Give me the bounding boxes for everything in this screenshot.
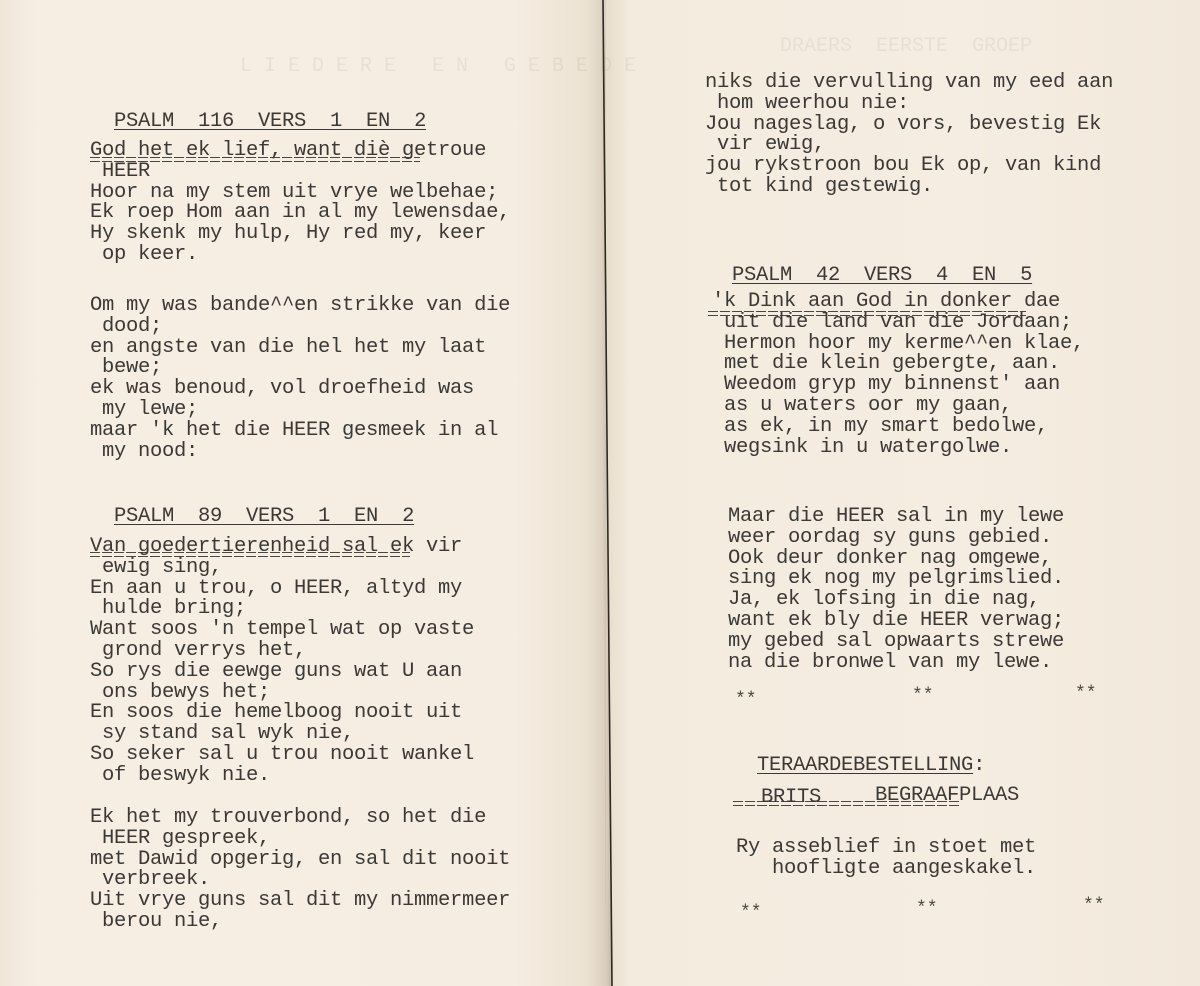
psalm-116-stanza-1: God het ek lief, want diè getroueHEERHoo… [90, 141, 510, 266]
text-line: God het ek lief, want diè getroue [90, 141, 510, 162]
text-line: Uit vrye guns sal dit my nimmermeer [90, 891, 510, 912]
text-line: want ek bly die HEER verwag; [728, 611, 1064, 632]
text-line: En soos die hemelboog nooit uit [90, 703, 474, 724]
separator-stars: ** [735, 690, 757, 710]
text-line: na die bronwel van my lewe. [728, 653, 1064, 674]
text-line: as u waters oor my gaan, [712, 396, 1084, 417]
cemetery-name-brits: BRITS [761, 788, 821, 809]
text-line: met die klein gebergte, aan. [712, 354, 1084, 375]
psalm-42-stanza-2: Maar die HEER sal in my leweweer oordag … [728, 507, 1064, 673]
text-line: Want soos 'n tempel wat op vaste [90, 620, 474, 641]
text-line: uit die land van die Jordaan; [712, 313, 1084, 334]
text-line: En aan u trou, o HEER, altyd my [90, 579, 474, 600]
text-line: of beswyk nie. [90, 766, 474, 787]
psalm-89-continuation: niks die vervulling van my eed aanhom we… [705, 73, 1113, 198]
text-line: ons bewys het; [90, 683, 474, 704]
psalm-42-stanza-1: 'k Dink aan God in donker dae uit die la… [712, 292, 1084, 458]
text-line: So seker sal u trou nooit wankel [90, 745, 474, 766]
text-line: my gebed sal opwaarts strewe [728, 632, 1064, 653]
text-line: sy stand sal wyk nie, [90, 724, 474, 745]
text-line: Ook deur donker nag omgewe, [728, 549, 1064, 570]
text-line: Maar die HEER sal in my lewe [728, 507, 1064, 528]
cemetery-name-begraafplaas: BEGRAAFPLAAS [875, 786, 1019, 807]
text-line: my nood: [90, 442, 510, 463]
text-line: vir ewig, [705, 135, 1113, 156]
separator-stars: ** [740, 903, 762, 923]
text-line: ewig sing, [90, 558, 474, 579]
psalm-89-stanza-2: Ek het my trouverbond, so het dieHEER ge… [90, 808, 510, 933]
text-line: niks die vervulling van my eed aan [705, 73, 1113, 94]
text-line: Ry asseblief in stoet met [736, 838, 1036, 859]
burial-heading: TERAARDEBESTELLING: [733, 733, 985, 829]
text-line: en angste van die hel het my laat [90, 338, 510, 359]
text-line: hoofligte aangeskakel. [736, 859, 1036, 880]
text-line: as ek, in my smart bedolwe, [712, 417, 1084, 438]
text-line: So rys die eewge guns wat U aan [90, 662, 474, 683]
text-line: Hoor na my stem uit vrye welbehae; [90, 183, 510, 204]
text-line: Hermon hoor my kerme^^en klae, [712, 334, 1084, 355]
text-line: Ek het my trouverbond, so het die [90, 808, 510, 829]
text-line: Ja, ek lofsing in die nag, [728, 590, 1064, 611]
text-line: hulde bring; [90, 599, 474, 620]
text-line: Weedom gryp my binnenst' aan [712, 375, 1084, 396]
separator-stars: ** [1083, 896, 1105, 916]
text-line: HEER gespreek, [90, 829, 510, 850]
text-line: HEER [90, 162, 510, 183]
text-line: Ek roep Hom aan in al my lewensdae, [90, 203, 510, 224]
text-line: tot kind gestewig. [705, 177, 1113, 198]
text-line: op keer. [90, 245, 510, 266]
text-line: sing ek nog my pelgrimslied. [728, 569, 1064, 590]
text-line: berou nie, [90, 912, 510, 933]
psalm-116-stanza-2: Om my was bande^^en strikke van diedood;… [90, 296, 510, 462]
text-line: jou rykstroon bou Ek op, van kind [705, 156, 1113, 177]
text-line: ek was benoud, vol droefheid was [90, 379, 510, 400]
text-line: wegsink in u watergolwe. [712, 438, 1084, 459]
text-line: 'k Dink aan God in donker dae [712, 292, 1084, 313]
text-line: Van goedertierenheid sal ek vir [90, 537, 474, 558]
text-line: Jou nageslag, o vors, bevestig Ek [705, 115, 1113, 136]
text-line: dood; [90, 317, 510, 338]
separator-stars: ** [1075, 684, 1097, 704]
booklet-spine-fold [600, 0, 614, 986]
text-line: hom weerhou nie: [705, 94, 1113, 115]
text-line: bewe; [90, 358, 510, 379]
procession-instruction: Ry asseblief in stoet met hoofligte aang… [736, 838, 1036, 880]
text-line: verbreek. [90, 870, 510, 891]
text-line: my lewe; [90, 400, 510, 421]
separator-stars: ** [912, 686, 934, 706]
text-line: met Dawid opgerig, en sal dit nooit [90, 850, 510, 871]
psalm-89-stanza-1: Van goedertierenheid sal ek virewig sing… [90, 537, 474, 787]
separator-stars: ** [916, 899, 938, 919]
text-line: grond verrys het, [90, 641, 474, 662]
text-line: Om my was bande^^en strikke van die [90, 296, 510, 317]
text-line: Hy skenk my hulp, Hy red my, keer [90, 224, 510, 245]
text-line: maar 'k het die HEER gesmeek in al [90, 421, 510, 442]
text-line: weer oordag sy guns gebied. [728, 528, 1064, 549]
